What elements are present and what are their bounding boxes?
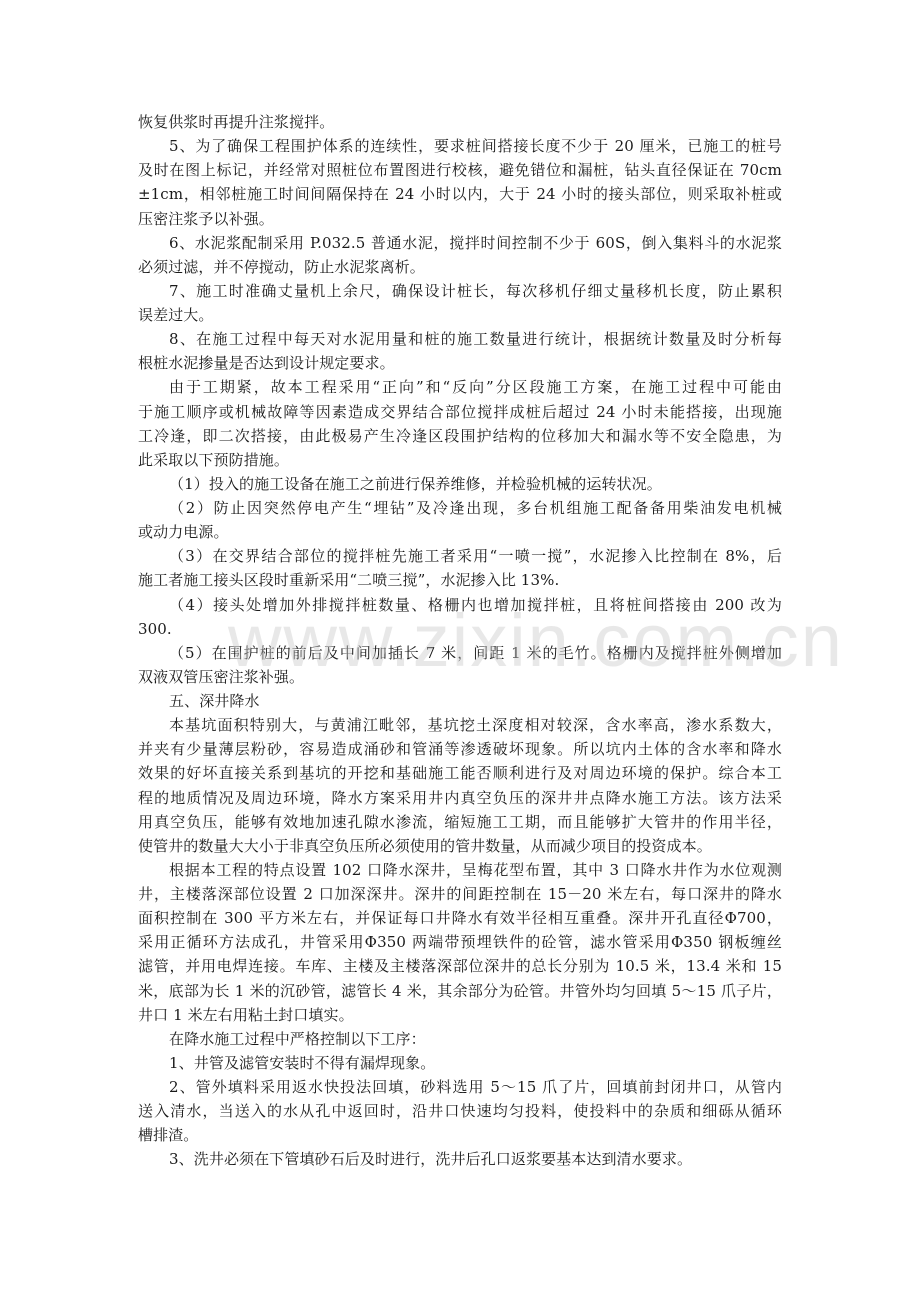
paragraph-item-6: 6、水泥浆配制采用 P.032.5 普通水泥，搅拌时间控制不少于 60S，倒入集… <box>138 231 782 279</box>
text-line: （5）在围护桩的前后及中间加插长 7 米，间距 1 米的毛竹。格栅内及搅拌桩外侧… <box>138 641 782 665</box>
text-line: 五、深井降水 <box>138 689 782 713</box>
text-line: 6、水泥浆配制采用 P.032.5 普通水泥，搅拌时间控制不少于 60S，倒入集… <box>138 231 782 255</box>
paragraph-measure-4: （4）接头处增加外排搅拌桩数量、格栅内也增加搅拌桩，且将桩间搭接由 200 改为… <box>138 593 782 641</box>
paragraph-item-8: 8、在施工过程中每天对水泥用量和桩的施工数量进行统计，根据统计数量及时分析每根桩… <box>138 327 782 375</box>
text-line: （4）接头处增加外排搅拌桩数量、格栅内也增加搅拌桩，且将桩间搭接由 200 改为 <box>138 593 782 617</box>
paragraph-cold-joint-intro: 由于工期紧，故本工程采用“正向”和“反向”分区段施工方案，在施工过程中可能由于施… <box>138 375 782 472</box>
text-line: 工冷逢，即二次搭接，由此极易产生冷逢区段围护结构的位移加大和漏水等不安全隐患，为 <box>138 424 782 448</box>
text-line: 恢复供浆时再提升注浆搅拌。 <box>138 110 782 134</box>
text-line: （1）投入的施工设备在施工之前进行保养维修，并检验机械的运转状况。 <box>138 472 782 496</box>
text-line: ±1cm，相邻桩施工时间间隔保持在 24 小时以内，大于 24 小时的接头部位，… <box>138 182 782 206</box>
text-line: 根据本工程的特点设置 102 口降水深井，呈梅花型布置，其中 3 口降水井作为水… <box>138 858 782 882</box>
paragraph-well-layout: 根据本工程的特点设置 102 口降水深井，呈梅花型布置，其中 3 口降水井作为水… <box>138 858 782 1027</box>
text-line: 滤管，并用电焊连接。车库、主楼及主楼落深部位深井的总长分别为 10.5 米，13… <box>138 954 782 978</box>
paragraph-process-1: 1、井管及滤管安装时不得有漏焊现象。 <box>138 1051 782 1075</box>
paragraph-item-7: 7、施工时准确丈量机上余尺，确保设计桩长，每次移机仔细丈量移机长度，防止累积误差… <box>138 279 782 327</box>
text-line: 双液双管压密注浆补强。 <box>138 665 782 689</box>
text-line: 使管井的数量大大小于非真空负压所必须使用的管井数量，从而减少项目的投资成本。 <box>138 834 782 858</box>
text-line: 300. <box>138 617 782 641</box>
paragraph-process-2: 2、管外填料采用返水快投法回填，砂料选用 5～15 爪了片，回填前封闭井口，从管… <box>138 1075 782 1147</box>
paragraph-item-5: 5、为了确保工程围护体系的连续性，要求桩间搭接长度不少于 20 厘米，已施工的桩… <box>138 134 782 231</box>
text-line: 于施工顺序或机械故障等因素造成交界结合部位搅拌成桩后超过 24 小时未能搭接，出… <box>138 400 782 424</box>
text-line: （2）防止因突然停电产生“埋钻”及冷逢出现，多台机组施工配备备用柴油发电机械 <box>138 496 782 520</box>
paragraph-dewatering-overview: 本基坑面积特别大，与黄浦江毗邻，基坑挖土深度相对较深，含水率高，渗水系数大，并夹… <box>138 713 782 858</box>
paragraph-continuation: 恢复供浆时再提升注浆搅拌。 <box>138 110 782 134</box>
paragraph-measure-2: （2）防止因突然停电产生“埋钻”及冷逢出现，多台机组施工配备备用柴油发电机械或动… <box>138 496 782 544</box>
text-line: 在降水施工过程中严格控制以下工序： <box>138 1027 782 1051</box>
text-line: 5、为了确保工程围护体系的连续性，要求桩间搭接长度不少于 20 厘米，已施工的桩… <box>138 134 782 158</box>
text-line: 送入清水，当送入的水从孔中返回时，沿井口快速均匀投料，使投料中的杂质和细砾从循环 <box>138 1099 782 1123</box>
paragraph-measure-1: （1）投入的施工设备在施工之前进行保养维修，并检验机械的运转状况。 <box>138 472 782 496</box>
text-line: 采用正循环方法成孔，井管采用Φ350 两端带预埋铁件的砼管，滤水管采用Φ350 … <box>138 930 782 954</box>
text-line: 必须过滤，并不停搅动，防止水泥浆离析。 <box>138 255 782 279</box>
text-line: 2、管外填料采用返水快投法回填，砂料选用 5～15 爪了片，回填前封闭井口，从管… <box>138 1075 782 1099</box>
text-line: 效果的好坏直接关系到基坑的开挖和基础施工能否顺利进行及对周边环境的保护。综合本工 <box>138 761 782 785</box>
text-line: 及时在图上标记，并经常对照桩位布置图进行校核，避免错位和漏桩，钻头直径保证在 7… <box>138 158 782 182</box>
paragraph-measure-3: （3）在交界结合部位的搅拌桩先施工者采用“一喷一搅”，水泥掺入比控制在 8%，后… <box>138 544 782 592</box>
text-line: 此采取以下预防措施。 <box>138 448 782 472</box>
text-line: 误差过大。 <box>138 303 782 327</box>
text-line: 或动力电源。 <box>138 520 782 544</box>
paragraph-process-3: 3、洗井必须在下管填砂石后及时进行，洗井后孔口返浆要基本达到清水要求。 <box>138 1147 782 1171</box>
text-line: 由于工期紧，故本工程采用“正向”和“反向”分区段施工方案，在施工过程中可能由 <box>138 375 782 399</box>
paragraph-process-intro: 在降水施工过程中严格控制以下工序： <box>138 1027 782 1051</box>
document-body: 恢复供浆时再提升注浆搅拌。5、为了确保工程围护体系的连续性，要求桩间搭接长度不少… <box>138 110 782 1172</box>
text-line: 并夹有少量薄层粉砂，容易造成涌砂和管涌等渗透破坏现象。所以坑内土体的含水率和降水 <box>138 737 782 761</box>
text-line: 面积控制在 300 平方米左右，并保证每口井降水有效半径相互重叠。深井开孔直径Φ… <box>138 906 782 930</box>
paragraph-heading-5: 五、深井降水 <box>138 689 782 713</box>
text-line: 槽排渣。 <box>138 1123 782 1147</box>
paragraph-measure-5: （5）在围护桩的前后及中间加插长 7 米，间距 1 米的毛竹。格栅内及搅拌桩外侧… <box>138 641 782 689</box>
text-line: 8、在施工过程中每天对水泥用量和桩的施工数量进行统计，根据统计数量及时分析每 <box>138 327 782 351</box>
document-page: 恢复供浆时再提升注浆搅拌。5、为了确保工程围护体系的连续性，要求桩间搭接长度不少… <box>0 0 920 1302</box>
text-line: 用真空负压，能够有效地加速孔隙水渗流，缩短施工工期，而且能够扩大管井的作用半径， <box>138 810 782 834</box>
text-line: （3）在交界结合部位的搅拌桩先施工者采用“一喷一搅”，水泥掺入比控制在 8%，后 <box>138 544 782 568</box>
text-line: 7、施工时准确丈量机上余尺，确保设计桩长，每次移机仔细丈量移机长度，防止累积 <box>138 279 782 303</box>
text-line: 施工者施工接头区段时重新采用“二喷三搅”，水泥掺入比 13%. <box>138 568 782 592</box>
text-line: 程的地质情况及周边环境，降水方案采用井内真空负压的深井井点降水施工方法。该方法采 <box>138 786 782 810</box>
text-line: 根桩水泥掺量是否达到设计规定要求。 <box>138 351 782 375</box>
text-line: 本基坑面积特别大，与黄浦江毗邻，基坑挖土深度相对较深，含水率高，渗水系数大， <box>138 713 782 737</box>
text-line: 米，底部为长 1 米的沉砂管，滤管长 4 米，其余部分为砼管。井管外均匀回填 5… <box>138 979 782 1003</box>
text-line: 井，主楼落深部位设置 2 口加深深井。深井的间距控制在 15－20 米左右，每口… <box>138 882 782 906</box>
text-line: 压密注浆予以补强。 <box>138 207 782 231</box>
text-line: 1、井管及滤管安装时不得有漏焊现象。 <box>138 1051 782 1075</box>
text-line: 井口 1 米左右用粘土封口填实。 <box>138 1003 782 1027</box>
text-line: 3、洗井必须在下管填砂石后及时进行，洗井后孔口返浆要基本达到清水要求。 <box>138 1147 782 1171</box>
